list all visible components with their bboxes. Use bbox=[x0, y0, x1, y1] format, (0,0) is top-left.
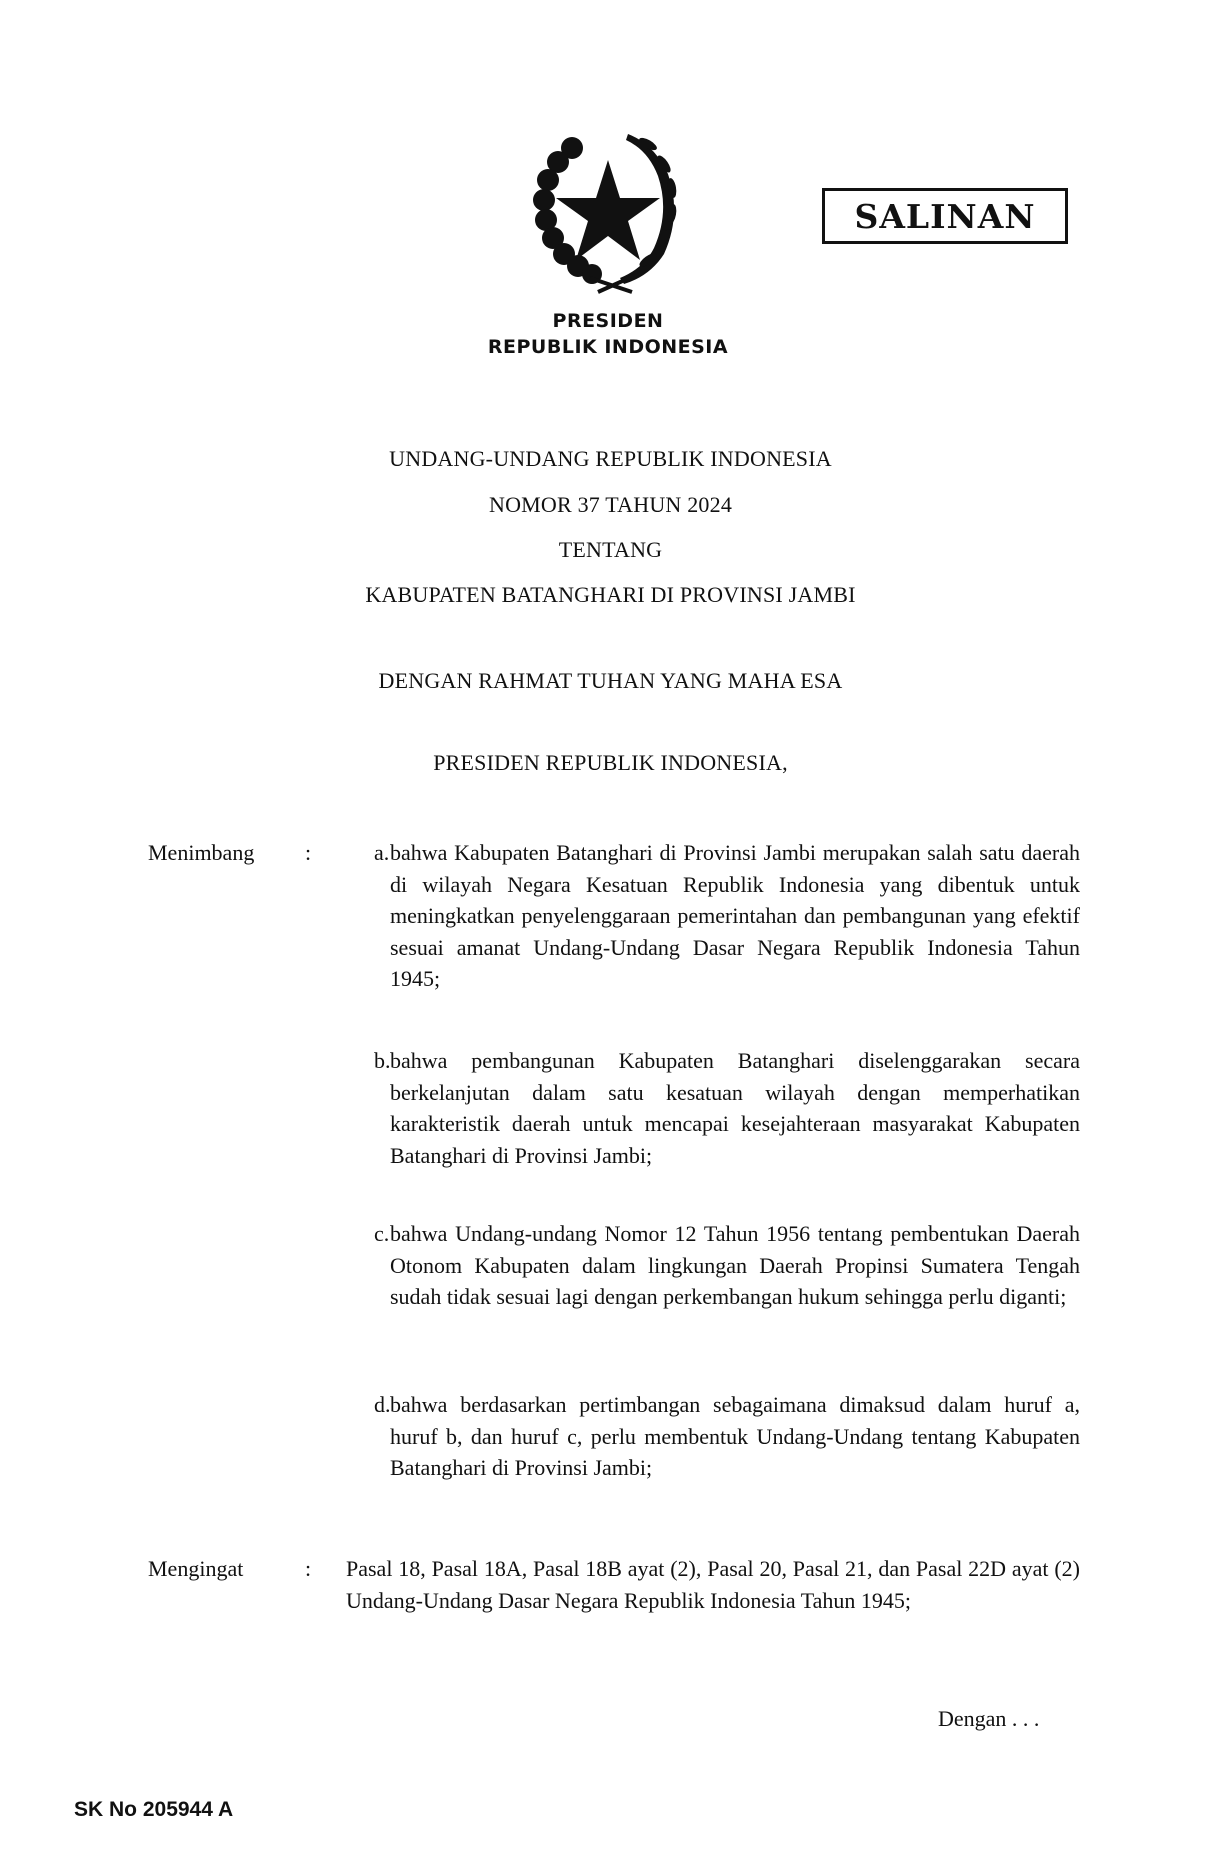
presidential-seal-icon bbox=[528, 118, 688, 294]
title-line-1: UNDANG-UNDANG REPUBLIK INDONESIA bbox=[0, 446, 1221, 472]
menimbang-item-d-letter: d. bbox=[374, 1392, 391, 1418]
title-line-4: KABUPATEN BATANGHARI DI PROVINSI JAMBI bbox=[0, 582, 1221, 608]
menimbang-colon: : bbox=[305, 840, 311, 866]
menimbang-item-c-letter: c. bbox=[374, 1221, 389, 1247]
salinan-label: SALINAN bbox=[854, 197, 1035, 236]
page-continuation: Dengan . . . bbox=[938, 1706, 1039, 1732]
menimbang-label: Menimbang bbox=[148, 840, 254, 866]
menimbang-item-d-text: bahwa berdasarkan pertimbangan sebagaima… bbox=[390, 1389, 1080, 1484]
mengingat-label: Mengingat bbox=[148, 1556, 243, 1582]
seal-label-presiden: PRESIDEN bbox=[408, 310, 808, 332]
menimbang-item-b-letter: b. bbox=[374, 1048, 391, 1074]
issuer: PRESIDEN REPUBLIK INDONESIA, bbox=[0, 750, 1221, 776]
menimbang-item-b-text: bahwa pembangunan Kabupaten Batanghari d… bbox=[390, 1045, 1080, 1171]
sk-number: SK No 205944 A bbox=[74, 1798, 233, 1822]
salinan-stamp: SALINAN bbox=[822, 188, 1068, 244]
mengingat-colon: : bbox=[305, 1556, 311, 1582]
title-line-2: NOMOR 37 TAHUN 2024 bbox=[0, 492, 1221, 518]
menimbang-item-c-text: bahwa Undang-undang Nomor 12 Tahun 1956 … bbox=[390, 1218, 1080, 1313]
invocation: DENGAN RAHMAT TUHAN YANG MAHA ESA bbox=[0, 668, 1221, 694]
seal-label-republik-indonesia: REPUBLIK INDONESIA bbox=[408, 336, 808, 358]
menimbang-item-a-letter: a. bbox=[374, 840, 389, 866]
mengingat-text: Pasal 18, Pasal 18A, Pasal 18B ayat (2),… bbox=[346, 1553, 1080, 1616]
menimbang-item-a-text: bahwa Kabupaten Batanghari di Provinsi J… bbox=[390, 837, 1080, 995]
title-line-3: TENTANG bbox=[0, 537, 1221, 563]
